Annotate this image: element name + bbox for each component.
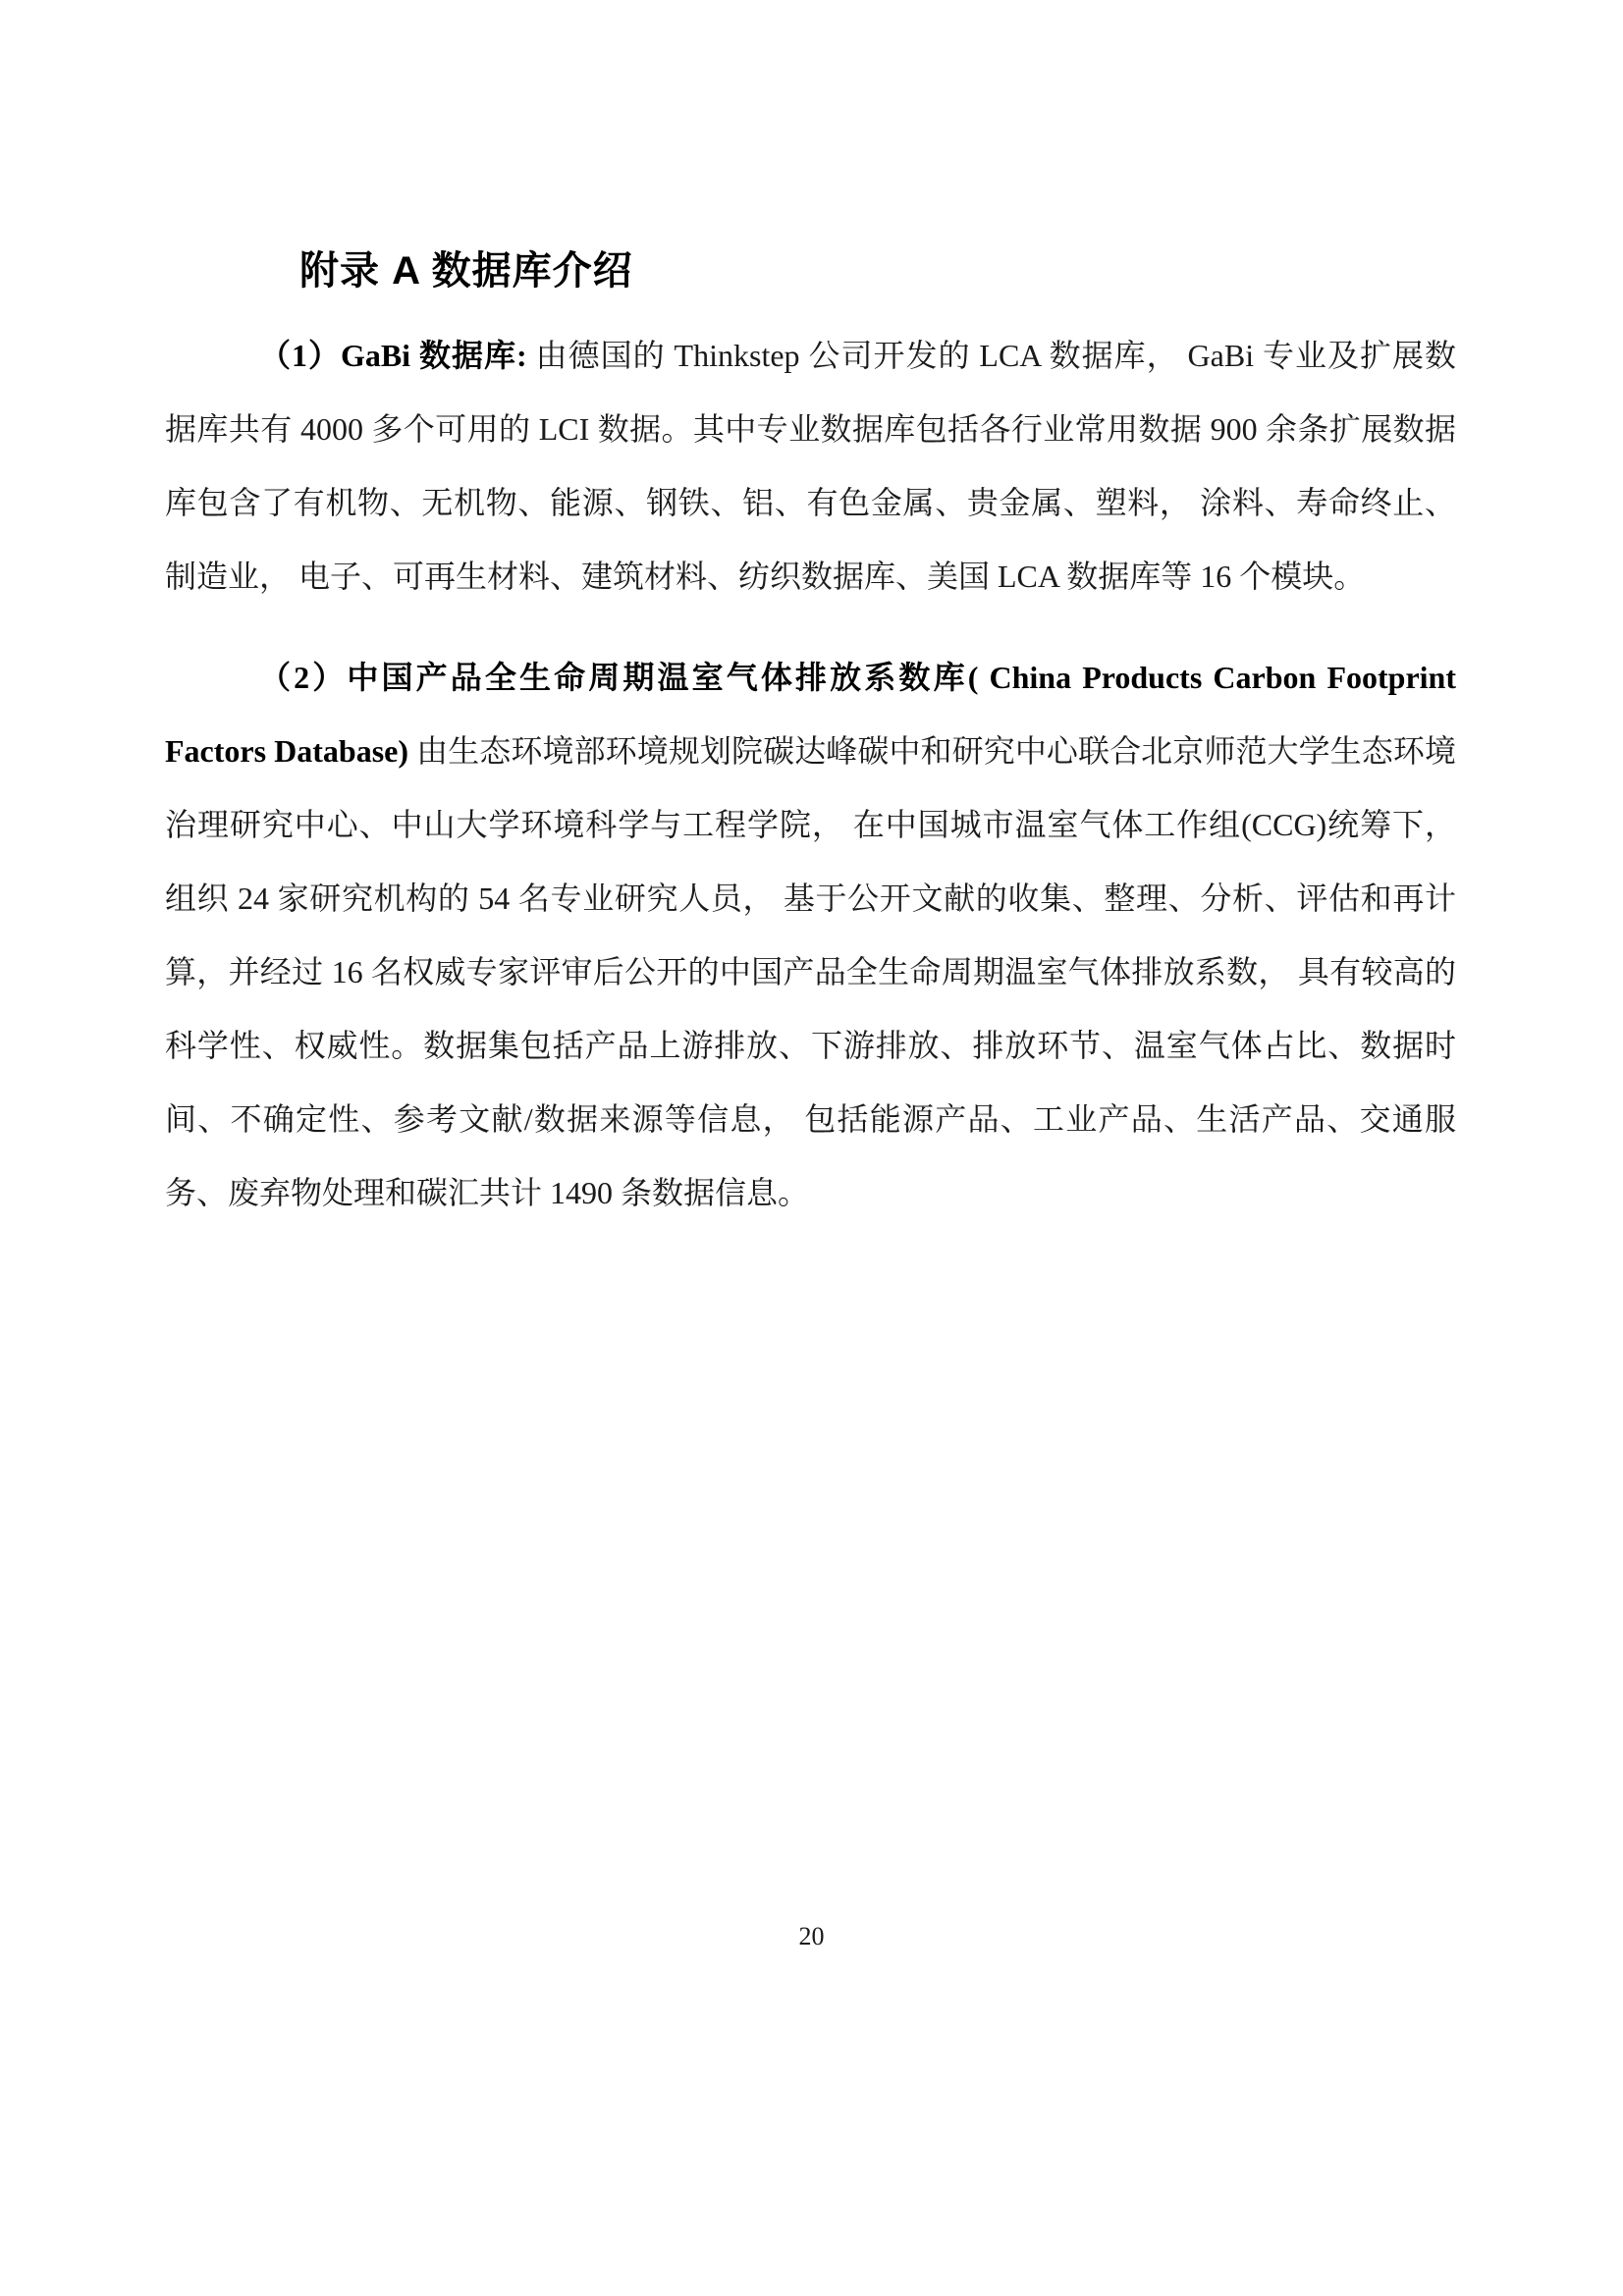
paragraph-china-cpcd-database: （2）中国产品全生命周期温室气体排放系数库( China Products Ca… xyxy=(165,641,1456,1230)
paragraph-gabi-database: （1）GaBi 数据库: 由德国的 Thinkstep 公司开发的 LCA 数据… xyxy=(165,319,1456,614)
paragraph-cpcd-body: 由生态环境部环境规划院碳达峰碳中和研究中心联合北京师范大学生态环境治理研究中心、… xyxy=(165,733,1456,1210)
page-number: 20 xyxy=(0,1922,1623,1951)
paragraph-gabi-lead: （1）GaBi 数据库: xyxy=(259,338,527,373)
document-page: 附录 A 数据库介绍 （1）GaBi 数据库: 由德国的 Thinkstep 公… xyxy=(0,0,1623,2296)
page-title: 附录 A 数据库介绍 xyxy=(299,248,1456,294)
paragraph-gabi-body: 由德国的 Thinkstep 公司开发的 LCA 数据库， GaBi 专业及扩展… xyxy=(165,338,1456,594)
document-content: 附录 A 数据库介绍 （1）GaBi 数据库: 由德国的 Thinkstep 公… xyxy=(165,0,1456,1230)
